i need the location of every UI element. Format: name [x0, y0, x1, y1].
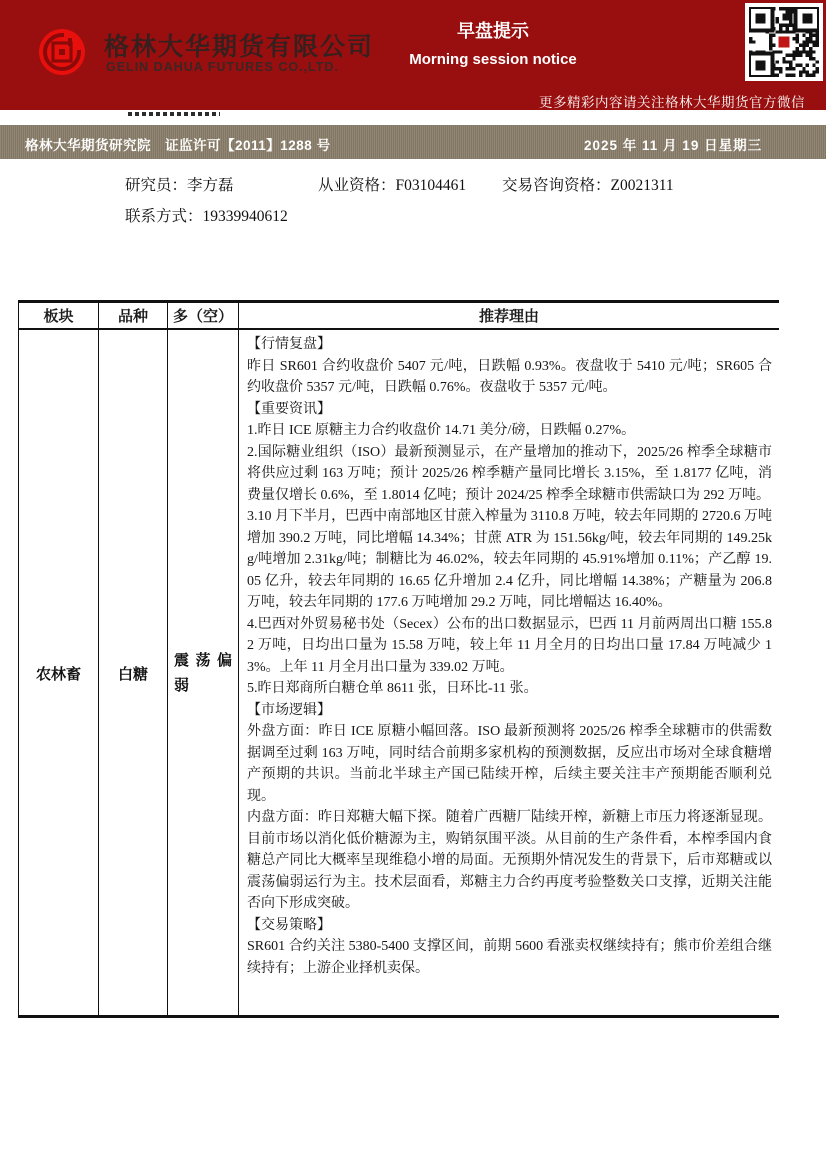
cell-long-short: 震荡偏弱	[167, 330, 238, 1016]
researcher-qualification: 从业资格：F03104461	[318, 173, 466, 195]
researcher-contact: 联系方式：19339940612	[125, 204, 288, 226]
report-date: 2025 年 11 月 19 日星期三	[584, 134, 762, 154]
position-text: 震荡偏弱	[174, 648, 232, 698]
cell-sector: 农林畜	[18, 330, 98, 1016]
reason-paragraph: 2.国际糖业组织（ISO）最新预测显示，在产量增加的推动下，2025/26 榨季…	[247, 442, 772, 507]
wechat-qr-code	[745, 3, 823, 81]
header-reason: 推荐理由	[238, 303, 779, 328]
reason-paragraph: SR601 合约关注 5380-5400 支撑区间，前期 5600 看涨卖权继续…	[247, 936, 772, 979]
cell-variety: 白糖	[98, 330, 167, 1016]
dash-divider	[128, 112, 220, 116]
company-name-cn: 格林大华期货有限公司	[104, 27, 374, 63]
reason-paragraph: 【市场逻辑】	[247, 700, 772, 722]
header-sector: 板块	[18, 303, 98, 328]
masthead: 格林大华期货有限公司 GELIN DAHUA FUTURES CO.,LTD. …	[0, 0, 826, 110]
reason-paragraph: 昨日 SR601 合约收盘价 5407 元/吨，日跌幅 0.93%。夜盘收于 5…	[247, 356, 772, 399]
reason-paragraph: 3.10 月下半月，巴西中南部地区甘蔗入榨量为 3110.8 万吨，较去年同期的…	[247, 506, 772, 614]
reason-paragraph: 【重要资讯】	[247, 399, 772, 421]
reason-paragraph: 5.昨日郑商所白糖仓单 8611 张，日环比-11 张。	[247, 678, 772, 700]
researcher-advisory-qualification: 交易咨询资格：Z0021311	[502, 173, 674, 195]
institute-bar: 格林大华期货研究院 证监许可【2011】1288 号 2025 年 11 月 1…	[0, 125, 826, 159]
reason-paragraph: 1.昨日 ICE 原糖主力合约收盘价 14.71 美分/磅，日跌幅 0.27%。	[247, 420, 772, 442]
cell-reason: 【行情复盘】昨日 SR601 合约收盘价 5407 元/吨，日跌幅 0.93%。…	[238, 330, 779, 1016]
header-variety: 品种	[98, 303, 167, 328]
table-row: 农林畜 白糖 震荡偏弱 【行情复盘】昨日 SR601 合约收盘价 5407 元/…	[18, 330, 779, 1016]
wechat-follow-note: 更多精彩内容请关注格林大华期货官方微信	[539, 91, 805, 111]
report-title-cn: 早盘提示	[343, 17, 643, 43]
table-header-row: 板块 品种 多（空） 推荐理由	[18, 303, 779, 330]
reason-paragraph: 【交易策略】	[247, 915, 772, 937]
header-long-short: 多（空）	[167, 303, 238, 328]
morning-report-page: 格林大华期货有限公司 GELIN DAHUA FUTURES CO.,LTD. …	[0, 0, 826, 1169]
company-logo-icon	[38, 28, 86, 76]
researcher-name: 研究员：李方磊	[125, 173, 234, 195]
reason-paragraph: 内盘方面：昨日郑糖大幅下探。随着广西糖厂陆续开榨，新糖上市压力将逐渐显现。目前市…	[247, 807, 772, 915]
institute-license-text: 格林大华期货研究院 证监许可【2011】1288 号	[25, 134, 331, 154]
company-name-en: GELIN DAHUA FUTURES CO.,LTD.	[106, 60, 339, 74]
report-title-en: Morning session notice	[343, 51, 643, 68]
reason-paragraph: 4.巴西对外贸易秘书处（Secex）公布的出口数据显示，巴西 11 月前两周出口…	[247, 614, 772, 679]
reason-paragraph: 【行情复盘】	[247, 334, 772, 356]
recommendation-table: 板块 品种 多（空） 推荐理由 农林畜 白糖 震荡偏弱 【行情复盘】昨日 SR6…	[18, 300, 779, 1018]
reason-paragraph: 外盘方面：昨日 ICE 原糖小幅回落。ISO 最新预测将 2025/26 榨季全…	[247, 721, 772, 807]
